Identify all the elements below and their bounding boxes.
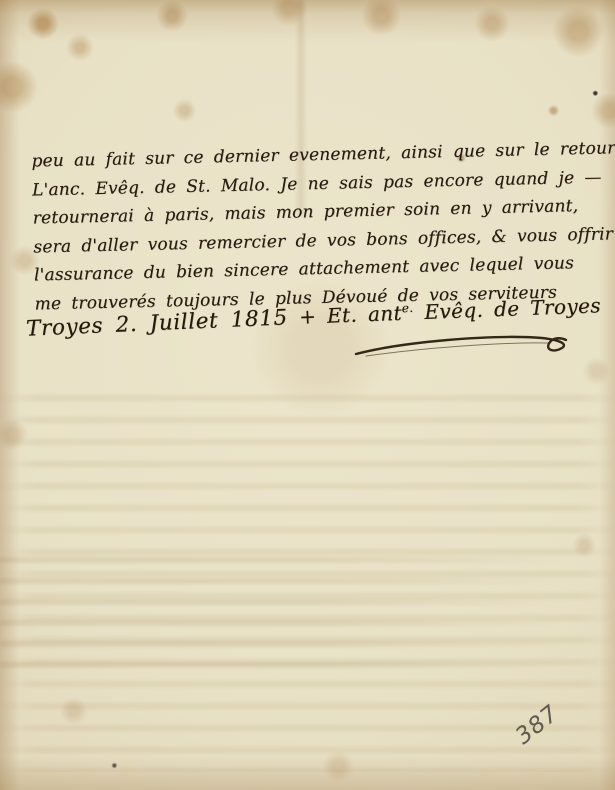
letter-page: peu au fait sur ce dernier evenement, ai… xyxy=(0,0,615,790)
signature-superscript: e. xyxy=(402,301,414,315)
ink-bleed-through-lower xyxy=(0,545,575,675)
signature-paraph-flourish xyxy=(352,330,580,360)
letter-body: peu au fait sur ce dernier evenement, ai… xyxy=(31,134,610,318)
signature-prefix: + Et. ant xyxy=(299,301,403,329)
